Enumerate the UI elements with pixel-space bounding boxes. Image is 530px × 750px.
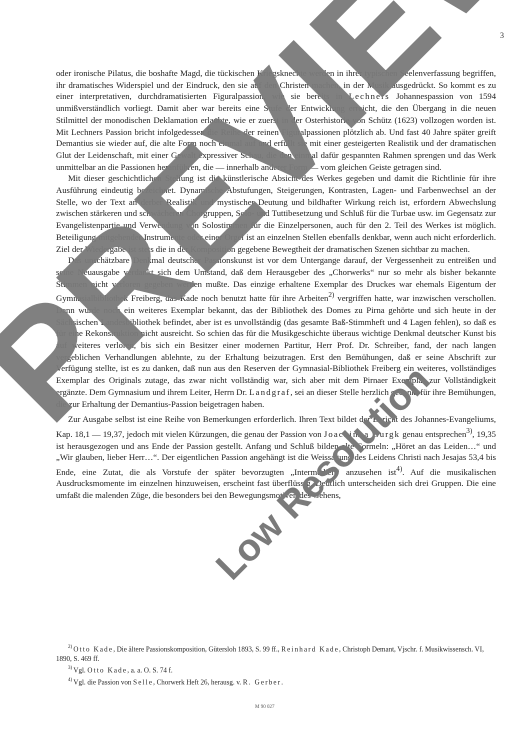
paragraph: Das unschätzbare Denkmal deutscher Passi… [56, 255, 496, 410]
text-run: , Chorwerk Heft 26, herausg. v. [153, 678, 243, 686]
text-run: Vgl. die Passion von [73, 678, 133, 686]
footnote: 2) Otto Kade, Die ältere Passionskomposi… [56, 643, 496, 664]
author-name: R. Gerber [243, 678, 281, 686]
author-name: Reinhard Kade [281, 645, 339, 653]
text-run: Mit dieser geschichtlichen Stellung ist … [56, 173, 496, 253]
text-run: Vgl. [73, 666, 87, 674]
author-name: Selle [133, 678, 153, 686]
paragraph: oder ironische Pilatus, die boshafte Mag… [56, 68, 496, 173]
body-text: oder ironische Pilatus, die boshafte Mag… [56, 68, 496, 502]
footer-plate-number: M 90 027 [255, 705, 274, 710]
text-run: . [281, 678, 283, 686]
text-run: Johannespassion von 1594 unmißverständli… [56, 91, 496, 171]
author-name: Lechners [349, 91, 390, 101]
footnote: 3) Vgl. Otto Kade, a. a. O. S. 74 f. [56, 664, 496, 676]
text-run: vergriffen hatte, war inzwischen verscho… [56, 293, 496, 397]
paragraph: Mit dieser geschichtlichen Stellung ist … [56, 173, 496, 255]
footnote: 4) Vgl. die Passion von Selle, Chorwerk … [56, 676, 496, 688]
author-name: Otto Kade [87, 666, 127, 674]
page-number: 3 [500, 31, 504, 40]
text-run: , Die ältere Passionskomposition, Güters… [113, 645, 281, 653]
paragraph: Zur Ausgabe selbst ist eine Reihe von Be… [56, 414, 496, 502]
text-run: , a. a. O. S. 74 f. [127, 666, 173, 674]
text-run: genau entsprechen [400, 429, 466, 439]
footnotes: 2) Otto Kade, Die ältere Passionskomposi… [56, 643, 496, 688]
author-name: Landgraf [249, 387, 290, 397]
author-name: Otto Kade [73, 645, 113, 653]
author-name: Joachim a Burgk [324, 429, 400, 439]
